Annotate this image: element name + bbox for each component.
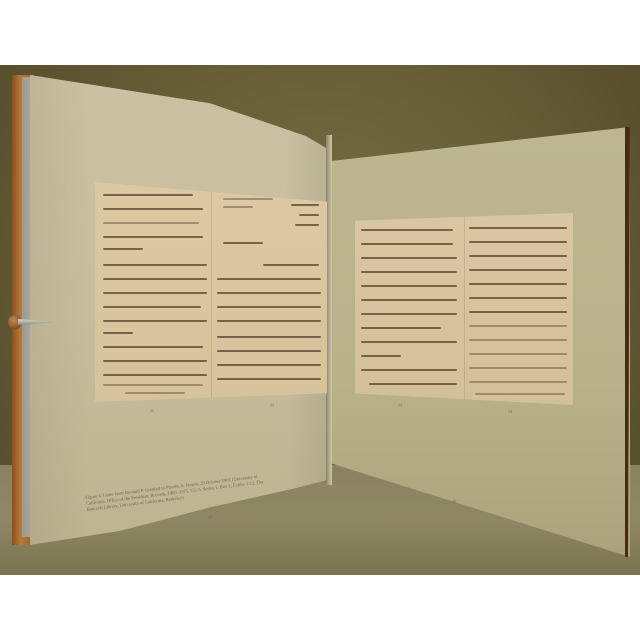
page-folio-left: - 47 -: [206, 515, 215, 520]
letter-facsimile-left: [95, 182, 327, 402]
page-clip: [8, 315, 52, 329]
book-photo: 11 12 13 14 Figure 4. Letter from Bernar…: [0, 65, 640, 575]
clip-blade: [18, 319, 52, 325]
plate-number: 11: [150, 408, 154, 413]
plate-number: 12: [270, 402, 274, 407]
page-folio-right: - 48 -: [450, 499, 459, 504]
plate-number: 14: [508, 409, 512, 414]
letter-facsimile-right: [355, 213, 573, 405]
plate-number: 13: [398, 402, 402, 407]
